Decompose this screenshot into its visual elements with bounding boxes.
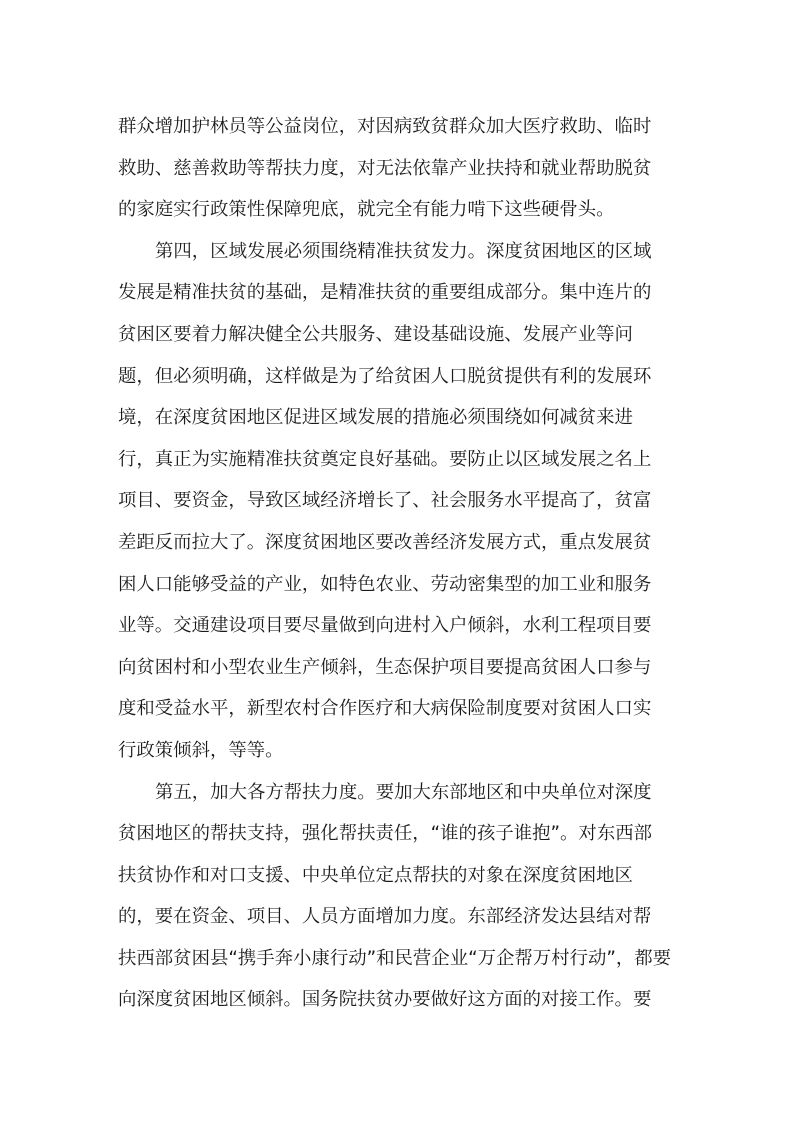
text-line: 发展是精准扶贫的基础，是精准扶贫的重要组成部分。集中连片的 (118, 272, 678, 314)
text-line: 救助、慈善救助等帮扶力度，对无法依靠产业扶持和就业帮助脱贫 (118, 148, 678, 190)
text-line: 的家庭实行政策性保障兜底，就完全有能力啃下这些硬骨头。 (118, 189, 678, 231)
text-line: 的，要在资金、项目、人员方面增加力度。东部经济发达县结对帮 (118, 896, 678, 938)
text-line: 业等。交通建设项目要尽量做到向进村入户倾斜，水利工程项目要 (118, 605, 678, 647)
text-line: 题，但必须明确，这样做是为了给贫困人口脱贫提供有利的发展环 (118, 356, 678, 398)
paragraph-start-line: 第五，加大各方帮扶力度。要加大东部地区和中央单位对深度 (118, 772, 678, 814)
text-line: 向深度贫困地区倾斜。国务院扶贫办要做好这方面的对接工作。要 (118, 979, 678, 1021)
text-line: 行政策倾斜，等等。 (118, 730, 678, 772)
text-line: 境，在深度贫困地区促进区域发展的措施必须围绕如何减贫来进 (118, 397, 678, 439)
text-line: 群众增加护林员等公益岗位，对因病致贫群众加大医疗救助、临时 (118, 106, 678, 148)
text-line: 困人口能够受益的产业，如特色农业、劳动密集型的加工业和服务 (118, 564, 678, 606)
paragraph-start-line: 第四，区域发展必须围绕精准扶贫发力。深度贫困地区的区域 (118, 231, 678, 273)
document-body: 群众增加护林员等公益岗位，对因病致贫群众加大医疗救助、临时 救助、慈善救助等帮扶… (118, 106, 678, 1021)
text-line: 项目、要资金，导致区域经济增长了、社会服务水平提高了，贫富 (118, 480, 678, 522)
text-line: 行，真正为实施精准扶贫奠定良好基础。要防止以区域发展之名上 (118, 439, 678, 481)
text-line: 向贫困村和小型农业生产倾斜，生态保护项目要提高贫困人口参与 (118, 647, 678, 689)
text-line: 差距反而拉大了。深度贫困地区要改善经济发展方式，重点发展贫 (118, 522, 678, 564)
text-line: 度和受益水平，新型农村合作医疗和大病保险制度要对贫困人口实 (118, 688, 678, 730)
text-line: 扶西部贫困县“携手奔小康行动”和民营企业“万企帮万村行动”，都要 (118, 938, 678, 980)
document-page: 群众增加护林员等公益岗位，对因病致贫群众加大医疗救助、临时 救助、慈善救助等帮扶… (0, 0, 800, 1130)
text-line: 贫困区要着力解决健全公共服务、建设基础设施、发展产业等问 (118, 314, 678, 356)
text-line: 扶贫协作和对口支援、中央单位定点帮扶的对象在深度贫困地区 (118, 855, 678, 897)
text-line: 贫困地区的帮扶支持，强化帮扶责任，“谁的孩子谁抱”。对东西部 (118, 813, 678, 855)
